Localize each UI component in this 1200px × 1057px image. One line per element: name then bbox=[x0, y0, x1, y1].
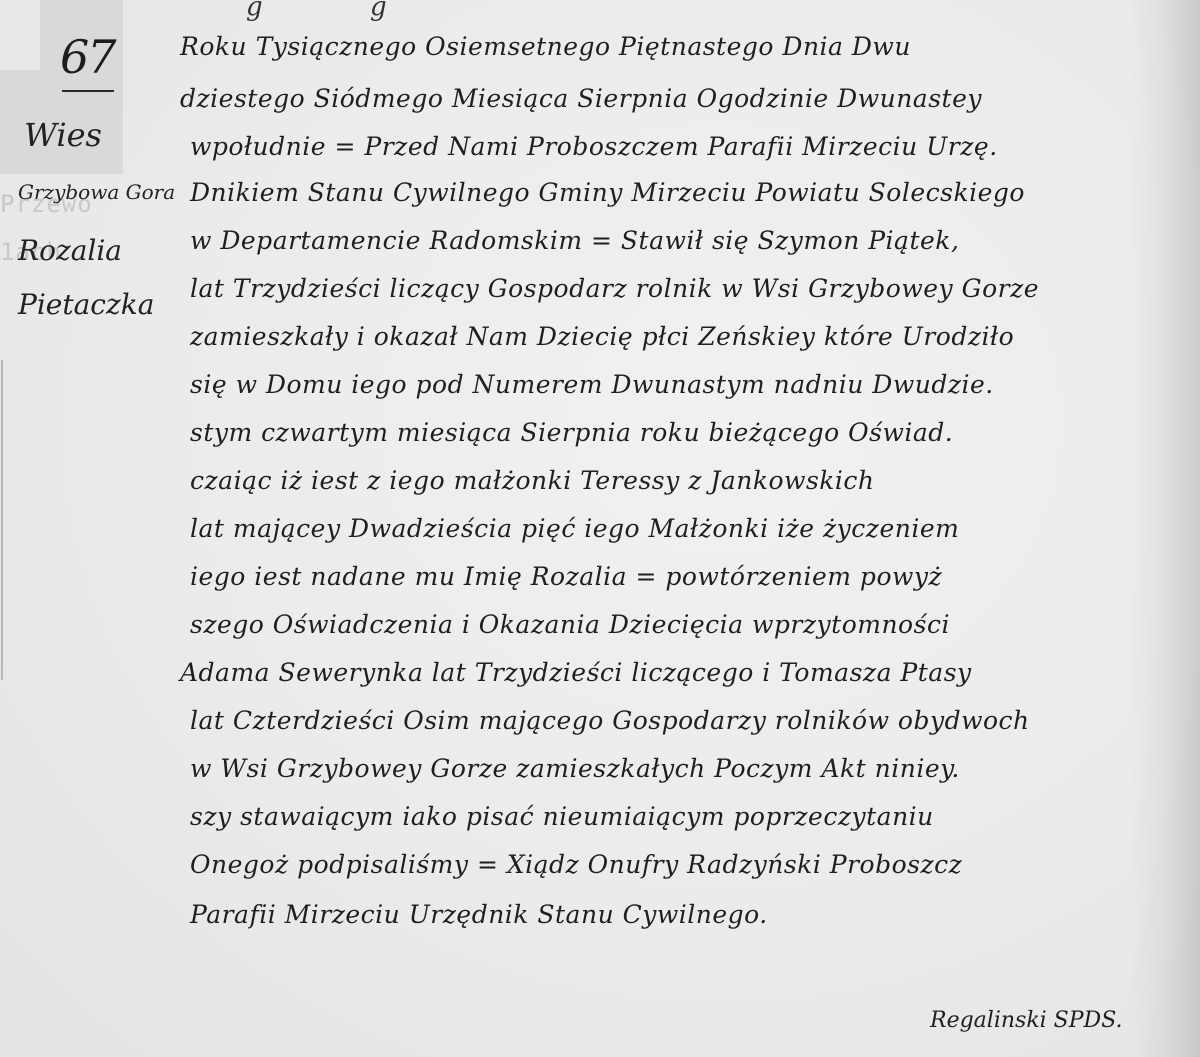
record-text-line: lat mającey Dwadzieścia pięć iego Małżon… bbox=[190, 514, 959, 543]
entry-number: 67 bbox=[60, 30, 115, 84]
margin-place-type: Wies bbox=[24, 116, 102, 154]
record-text-line: stym czwartym miesiąca Sierpnia roku bie… bbox=[190, 418, 953, 447]
page-left-edge-line bbox=[1, 360, 3, 680]
record-text-line: czaiąc iż iest z iego małżonki Teressy z… bbox=[190, 466, 875, 495]
record-text-line: szego Oświadczenia i Okazania Dziecięcia… bbox=[190, 610, 950, 639]
record-text-line: szy stawaiącym iako pisać nieumiaiącym p… bbox=[190, 802, 934, 831]
record-text-line: iego iest nadane mu Imię Rozalia = powtó… bbox=[190, 562, 942, 591]
record-text-line: lat Czterdzieści Osim mającego Gospodarz… bbox=[190, 706, 1030, 735]
registrar-signature: Regalinski SPDS. bbox=[930, 1008, 1122, 1033]
page-right-edge-shadow bbox=[1130, 0, 1200, 1057]
record-text-line: Roku Tysiącznego Osiemsetnego Piętnasteg… bbox=[180, 32, 911, 61]
record-text-line: Onegoż podpisaliśmy = Xiądz Onufry Radzy… bbox=[190, 850, 962, 879]
margin-light-patch bbox=[0, 0, 40, 70]
margin-child-given-name: Rozalia bbox=[18, 234, 122, 267]
record-text-line: Parafii Mirzeciu Urzędnik Stanu Cywilneg… bbox=[190, 900, 768, 929]
previous-entry-fragment: g bbox=[370, 0, 387, 22]
record-text-line: się w Domu iego pod Numerem Dwunastym na… bbox=[190, 370, 994, 399]
entry-number-underline bbox=[62, 90, 114, 92]
record-text-line: dziestego Siódmego Miesiąca Sierpnia Ogo… bbox=[180, 84, 982, 113]
record-text-line: zamieszkały i okazał Nam Dziecię płci Ze… bbox=[190, 322, 1014, 351]
margin-village-name: Grzybowa Gora bbox=[18, 180, 175, 204]
record-text-line: w Wsi Grzybowey Gorze zamieszkałych Pocz… bbox=[190, 754, 960, 783]
scanned-document-page: Przewo 1ach g g 67 Wies Grzybowa Gora Ro… bbox=[0, 0, 1200, 1057]
previous-entry-fragment: g bbox=[246, 0, 263, 22]
margin-child-surname: Pietaczka bbox=[18, 288, 154, 321]
record-text-line: wpołudnie = Przed Nami Proboszczem Paraf… bbox=[190, 132, 998, 161]
record-text-line: Adama Sewerynka lat Trzydzieści licząceg… bbox=[180, 658, 972, 687]
record-text-line: w Departamencie Radomskim = Stawił się S… bbox=[190, 226, 959, 255]
record-text-line: lat Trzydzieści liczący Gospodarz rolnik… bbox=[190, 274, 1039, 303]
record-text-line: Dnikiem Stanu Cywilnego Gminy Mirzeciu P… bbox=[190, 178, 1025, 207]
